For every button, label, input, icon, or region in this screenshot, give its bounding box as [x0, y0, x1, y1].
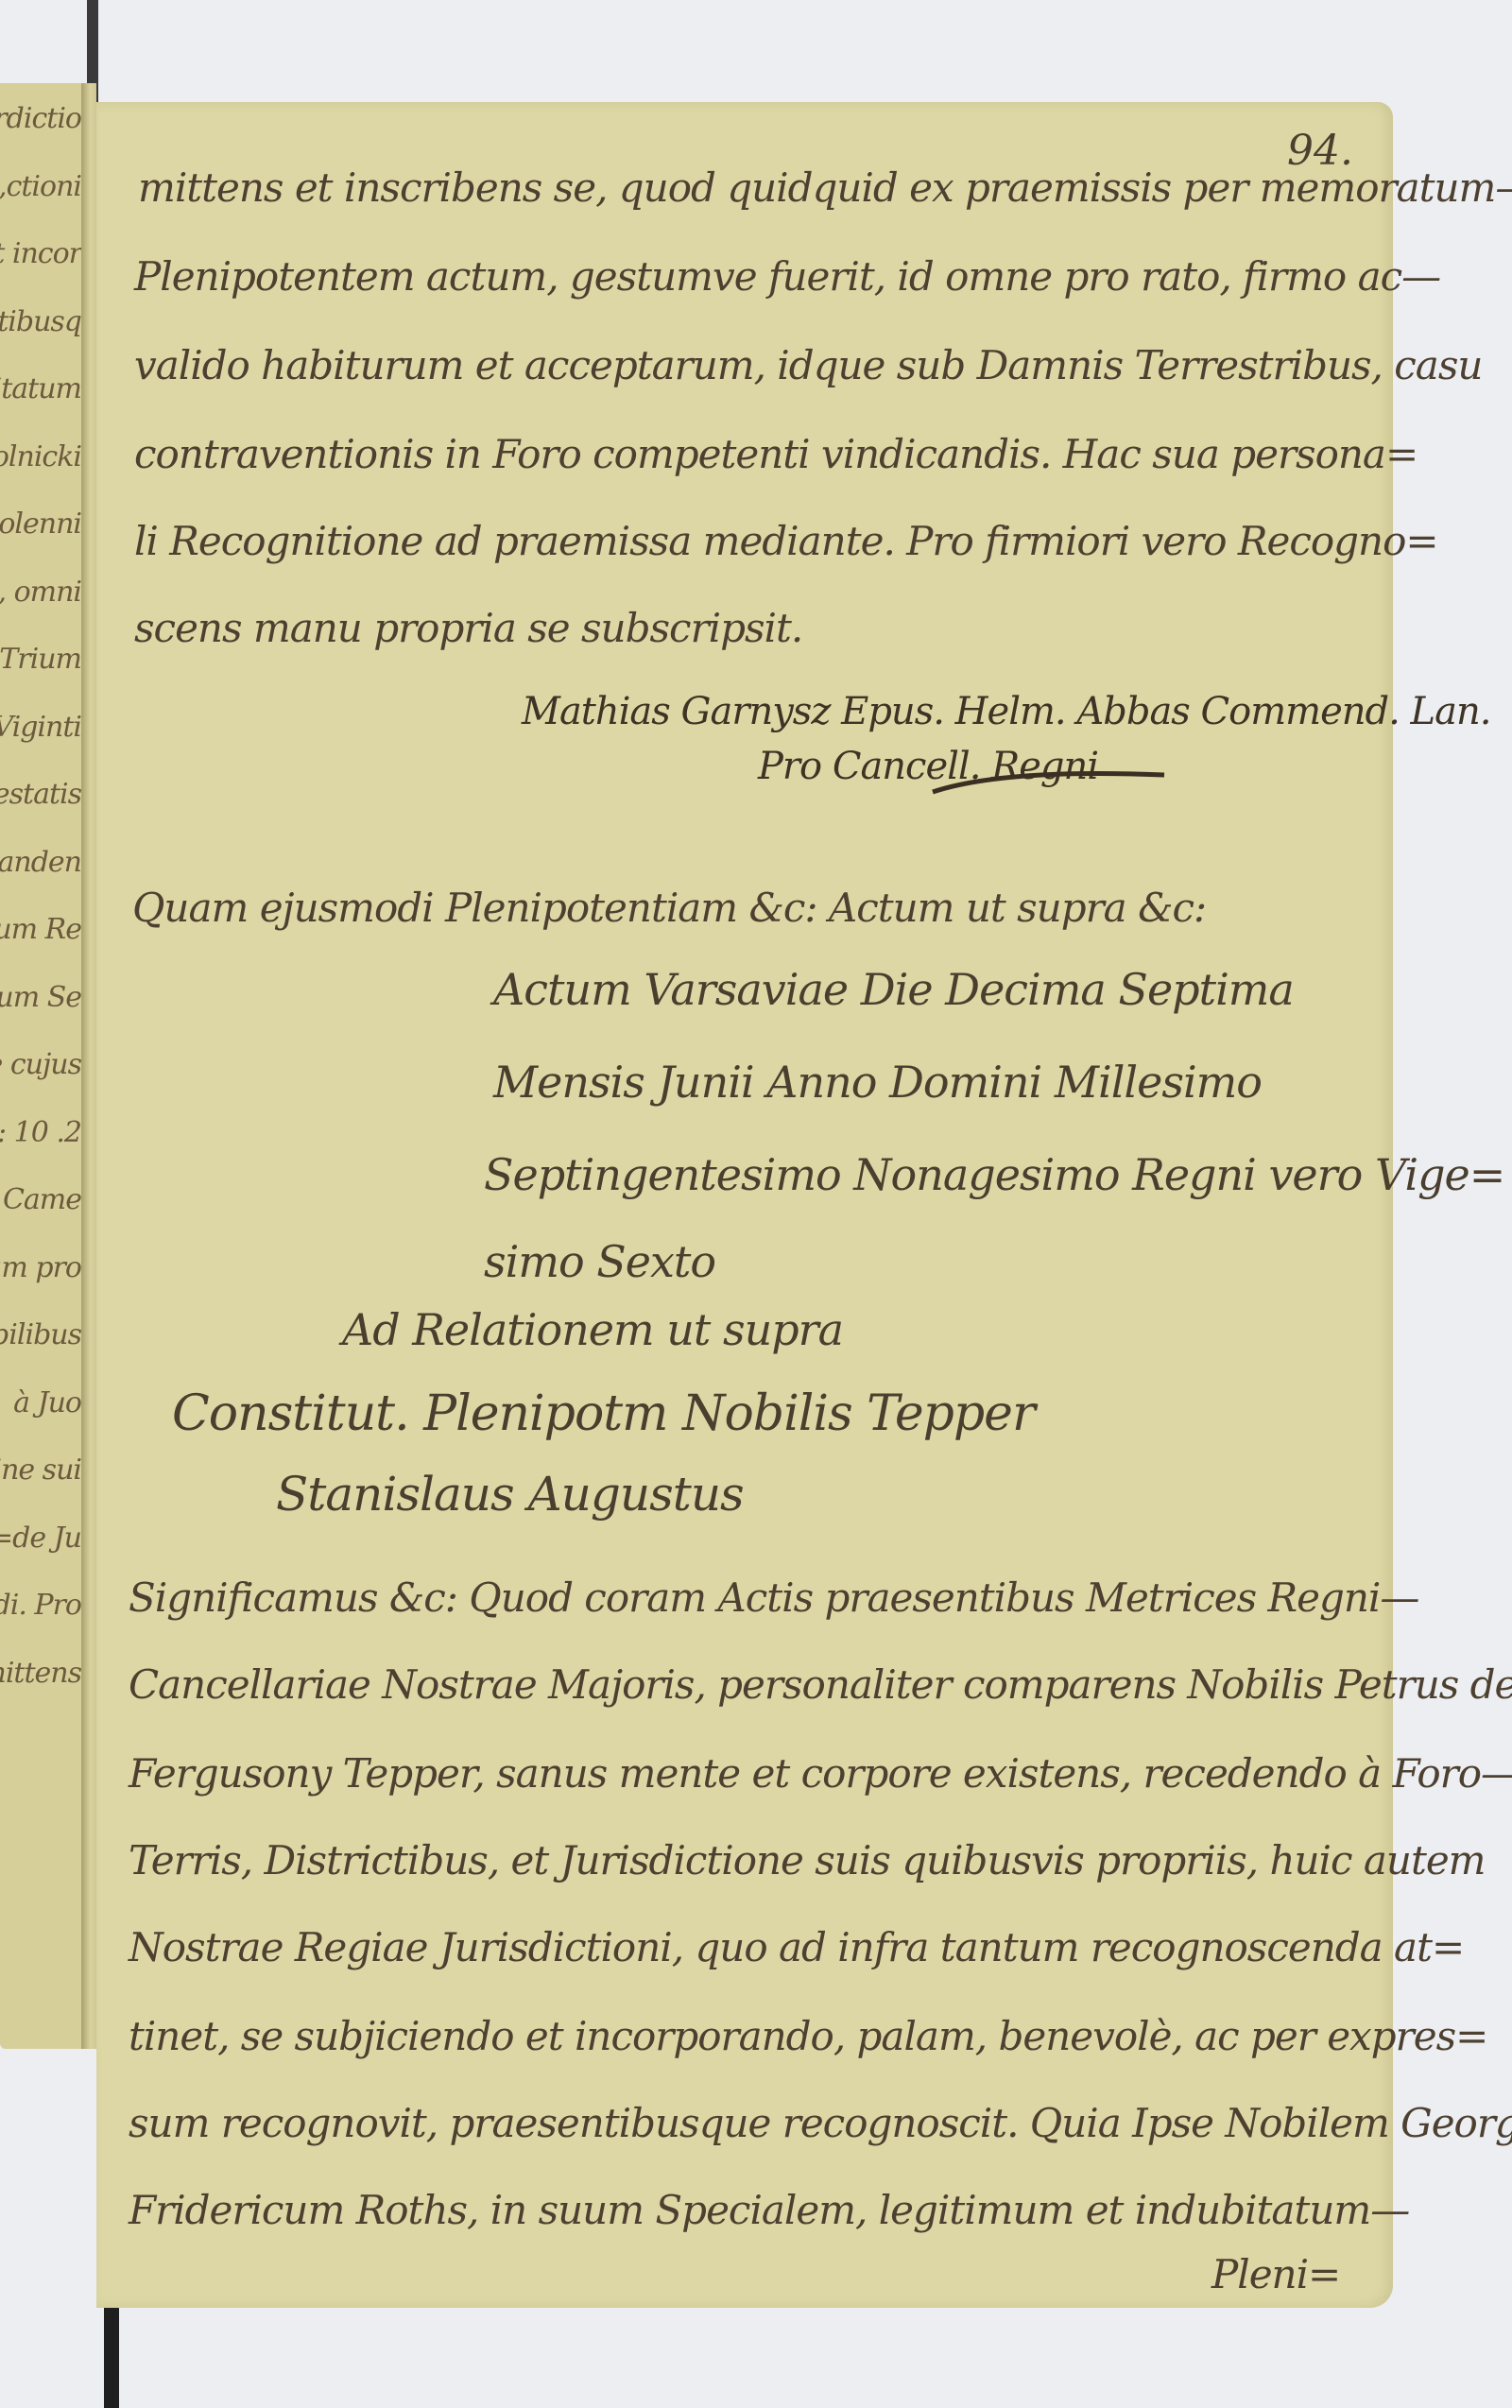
text-line: valido habiturum et acceptarum, idque su… — [134, 342, 1482, 388]
left-fragment: 2. Groß: 10. — [0, 1116, 81, 1184]
king-name: Stanislaus Augustus — [276, 1467, 744, 1522]
left-page-edge: irdictio= ctioni,— o et incor= sentibusq… — [0, 83, 81, 2049]
left-fragment: Viginti — [0, 711, 81, 779]
left-fragment: sine sui — [0, 1453, 81, 1522]
left-fragment: rum Re= — [0, 913, 81, 981]
text-line: Nostrae Regiae Jurisdictioni, quo ad inf… — [129, 1924, 1464, 1970]
left-fragment: Landen= — [0, 846, 81, 914]
left-fragment: bitatum — [0, 372, 81, 440]
text-line: Terris, Districtibus, et Jurisdictione s… — [129, 1837, 1486, 1883]
left-fragment: brum Se — [0, 981, 81, 1049]
text-line: Fridericum Roths, in suum Specialem, leg… — [129, 2187, 1409, 2233]
text-line: mittens et inscribens se, quod quidquid … — [138, 164, 1512, 211]
text-line: Fergusony Tepper, sanus mente et corpore… — [129, 1750, 1512, 1797]
dating-line: Septingentesimo Nonagesimo Regni vero Vi… — [484, 1149, 1504, 1200]
text-line: sum recognovit, praesentibusque recognos… — [129, 2100, 1512, 2146]
relation-note: Ad Relationem ut supra — [342, 1304, 843, 1355]
closing-line: Quam ejusmodi Plenipotentiam &c: Actum u… — [132, 885, 1206, 931]
book-spine-bottom — [104, 2308, 119, 2408]
left-fragment: sentibusq — [0, 305, 81, 373]
entry-heading: Constitut. Plenipotm Nobilis Tepper — [172, 1385, 1035, 1442]
left-fragment: mittens — [0, 1657, 81, 1725]
text-line: li Recognitione ad praemissa mediante. P… — [134, 518, 1438, 564]
book-gutter — [81, 83, 96, 2049]
left-fragment: o et incor= — [0, 237, 81, 305]
left-fragment: endi. Pro= — [0, 1589, 81, 1657]
text-line: tinet, se subjiciendo et incorporando, p… — [129, 2013, 1487, 2059]
left-fragment: x Came= — [0, 1183, 81, 1251]
left-fragment: Trium — [0, 643, 81, 711]
left-fragment: um, omni= — [0, 576, 81, 644]
text-line: Significamus &c: Quod coram Actis praese… — [129, 1574, 1418, 1621]
left-fragment: Stolnicki — [0, 440, 81, 508]
dating-line: Mensis Junii Anno Domini Millesimo — [493, 1057, 1262, 1108]
left-fragment: dum pro= — [0, 1251, 81, 1319]
left-fragment: c solenni= — [0, 507, 81, 576]
left-fragment: à Juo — [0, 1386, 81, 1454]
signature-line: Mathias Garnysz Epus. Helm. Abbas Commen… — [522, 690, 1490, 733]
text-line: scens manu propria se subscripsit. — [134, 605, 802, 651]
signature-flourish — [928, 764, 1174, 801]
left-fragment: Majestatis — [0, 778, 81, 846]
left-fragment: Die cujus — [0, 1048, 81, 1116]
catchword: Pleni= — [1211, 2251, 1340, 2297]
left-fragment: irdictio= — [0, 102, 81, 170]
manuscript-page: 94. mittens et inscribens se, quod quidq… — [96, 102, 1393, 2308]
left-fragment: de Ju= — [0, 1522, 81, 1590]
left-fragment: bilibus— — [0, 1318, 81, 1386]
text-line: Cancellariae Nostrae Majoris, personalit… — [129, 1661, 1512, 1708]
left-fragment: ctioni,— — [0, 170, 81, 238]
dating-line: Actum Varsaviae Die Decima Septima — [493, 964, 1294, 1015]
dating-line: simo Sexto — [484, 1236, 715, 1287]
text-line: Plenipotentem actum, gestumve fuerit, id… — [134, 253, 1440, 300]
text-line: contraventionis in Foro competenti vindi… — [134, 431, 1417, 477]
